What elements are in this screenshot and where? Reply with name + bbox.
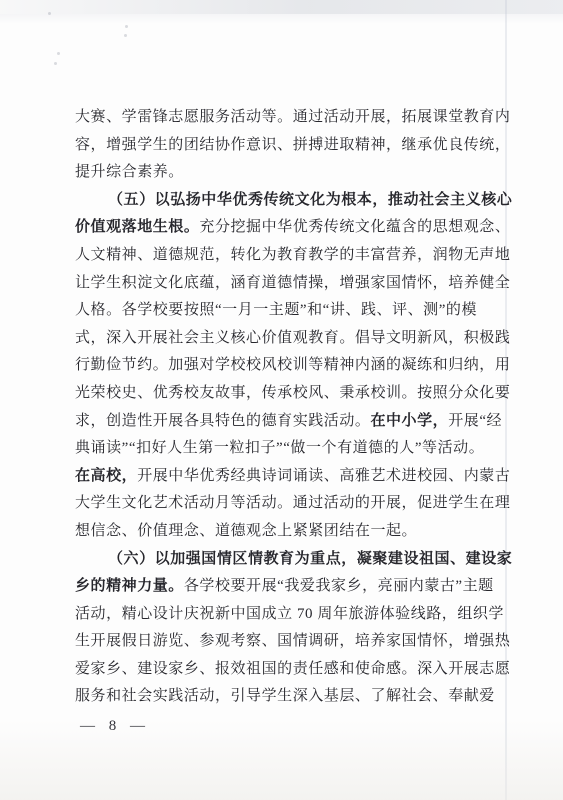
text-line: 服务和社会实践活动，引导学生深入基层、了解社会、奉献爱 xyxy=(75,683,493,711)
text-line: 爱家乡、建设家乡、报效祖国的责任感和使命感。深入开展志愿 xyxy=(75,656,493,684)
document-page: 大赛、学雷锋志愿服务活动等。通过活动开展，拓展课堂教育内容，增强学生的团结协作意… xyxy=(0,0,563,800)
text-line: 式，深入开展社会主义核心价值观教育。倡导文明新风，积极践 xyxy=(75,325,493,353)
scan-speck xyxy=(54,62,57,65)
scan-speck xyxy=(124,34,127,37)
text-segment: 行勤俭节约。加强对学校校风校训等精神内涵的凝练和归纳，用 xyxy=(75,357,510,373)
text-line: 想信念、价值理念、道德观念上紧紧团结在一起。 xyxy=(75,518,493,546)
text-segment: 光荣校史、优秀校友故事，传承校风、秉承校训。按照分众化要 xyxy=(75,385,510,401)
text-segment: 开展“经 xyxy=(448,413,502,429)
text-line: 典诵读”“扣好人生第一粒扣子”“做一个有道德的人”等活动。 xyxy=(75,435,493,463)
page-number: — 8 — xyxy=(80,718,150,735)
text-segment: 人文精神、道德规范，转化为教育教学的丰富营养，润物无声地 xyxy=(75,247,510,263)
text-line: 价值观落地生根。充分挖掘中华优秀传统文化蕴含的思想观念、 xyxy=(75,214,493,242)
scan-artifact-top-fade xyxy=(0,14,563,24)
text-line: 人格。各学校要按照“一月一主题”和“讲、践、评、测”的模 xyxy=(75,297,493,325)
text-segment: 容，增强学生的团结协作意识、拼搏进取精神，继承优良传统， xyxy=(75,137,510,153)
text-line: 行勤俭节约。加强对学校校风校训等精神内涵的凝练和归纳，用 xyxy=(75,352,493,380)
text-segment: 活动，精心设计庆祝新中国成立 70 周年旅游体验线路，组织学 xyxy=(75,606,504,622)
text-line: 大学生文化艺术活动月等活动。通过活动的开展，促进学生在理 xyxy=(75,490,493,518)
text-line: 让学生积淀文化底蕴，涵育道德情操，增强家国情怀，培养健全 xyxy=(75,270,493,298)
bold-text-segment: 价值观落地生根。 xyxy=(75,219,199,235)
bold-text-segment: （六）以加强国情区情教育为重点，凝聚建设祖国、建设家 xyxy=(108,551,512,567)
bold-text-segment: （五）以弘扬中华优秀传统文化为根本，推动社会主义核心 xyxy=(108,192,512,208)
text-line: 大赛、学雷锋志愿服务活动等。通过活动开展，拓展课堂教育内 xyxy=(75,104,493,132)
text-segment: 爱家乡、建设家乡、报效祖国的责任感和使命感。深入开展志愿 xyxy=(75,661,510,677)
bold-text-segment: 在中小学， xyxy=(370,413,448,429)
text-segment: 服务和社会实践活动，引导学生深入基层、了解社会、奉献爱 xyxy=(75,688,495,704)
text-segment: 大赛、学雷锋志愿服务活动等。通过活动开展，拓展课堂教育内 xyxy=(75,109,510,125)
scan-speck xyxy=(48,12,51,15)
text-line: 人文精神、道德规范，转化为教育教学的丰富营养，润物无声地 xyxy=(75,242,493,270)
text-line: 生开展假日游览、参观考察、国情调研，培养家国情怀，增强热 xyxy=(75,628,493,656)
text-line: 求，创造性开展各具特色的德育实践活动。在中小学，开展“经 xyxy=(75,408,493,436)
text-line: （六）以加强国情区情教育为重点，凝聚建设祖国、建设家 xyxy=(75,546,493,574)
scan-speck xyxy=(125,25,128,28)
text-line: 光荣校史、优秀校友故事，传承校风、秉承校训。按照分众化要 xyxy=(75,380,493,408)
text-line: 在高校，开展中华优秀经典诗词诵读、高雅艺术进校园、内蒙古 xyxy=(75,463,493,491)
text-line: 提升综合素养。 xyxy=(75,159,493,187)
bold-text-segment: 乡的精神力量。 xyxy=(75,578,184,594)
scan-speck xyxy=(57,52,60,55)
text-segment: 让学生积淀文化底蕴，涵育道德情操，增强家国情怀，培养健全 xyxy=(75,275,510,291)
text-segment: 大学生文化艺术活动月等活动。通过活动的开展，促进学生在理 xyxy=(75,495,510,511)
bold-text-segment: 在高校， xyxy=(75,468,137,484)
text-segment: 想信念、价值理念、道德观念上紧紧团结在一起。 xyxy=(75,523,417,539)
text-segment: 典诵读”“扣好人生第一粒扣子”“做一个有道德的人”等活动。 xyxy=(75,440,484,456)
text-segment: 人格。各学校要按照“一月一主题”和“讲、践、评、测”的模 xyxy=(75,302,477,318)
scan-artifact-top-band xyxy=(0,0,563,14)
text-segment: 生开展假日游览、参观考察、国情调研，培养家国情怀，增强热 xyxy=(75,633,510,649)
text-line: （五）以弘扬中华优秀传统文化为根本，推动社会主义核心 xyxy=(75,187,493,215)
text-segment: 各学校要开展“我爱我家乡，亮丽内蒙古”主题 xyxy=(184,578,494,594)
text-segment: 提升综合素养。 xyxy=(75,164,184,180)
text-line: 容，增强学生的团结协作意识、拼搏进取精神，继承优良传统， xyxy=(75,132,493,160)
text-block: 大赛、学雷锋志愿服务活动等。通过活动开展，拓展课堂教育内容，增强学生的团结协作意… xyxy=(75,104,493,711)
text-line: 活动，精心设计庆祝新中国成立 70 周年旅游体验线路，组织学 xyxy=(75,601,493,629)
text-segment: 充分挖掘中华优秀传统文化蕴含的思想观念、 xyxy=(199,219,510,235)
text-line: 乡的精神力量。各学校要开展“我爱我家乡，亮丽内蒙古”主题 xyxy=(75,573,493,601)
text-segment: 求，创造性开展各具特色的德育实践活动。 xyxy=(75,413,370,429)
text-segment: 式，深入开展社会主义核心价值观教育。倡导文明新风，积极践 xyxy=(75,330,510,346)
text-segment: 开展中华优秀经典诗词诵读、高雅艺术进校园、内蒙古 xyxy=(137,468,510,484)
